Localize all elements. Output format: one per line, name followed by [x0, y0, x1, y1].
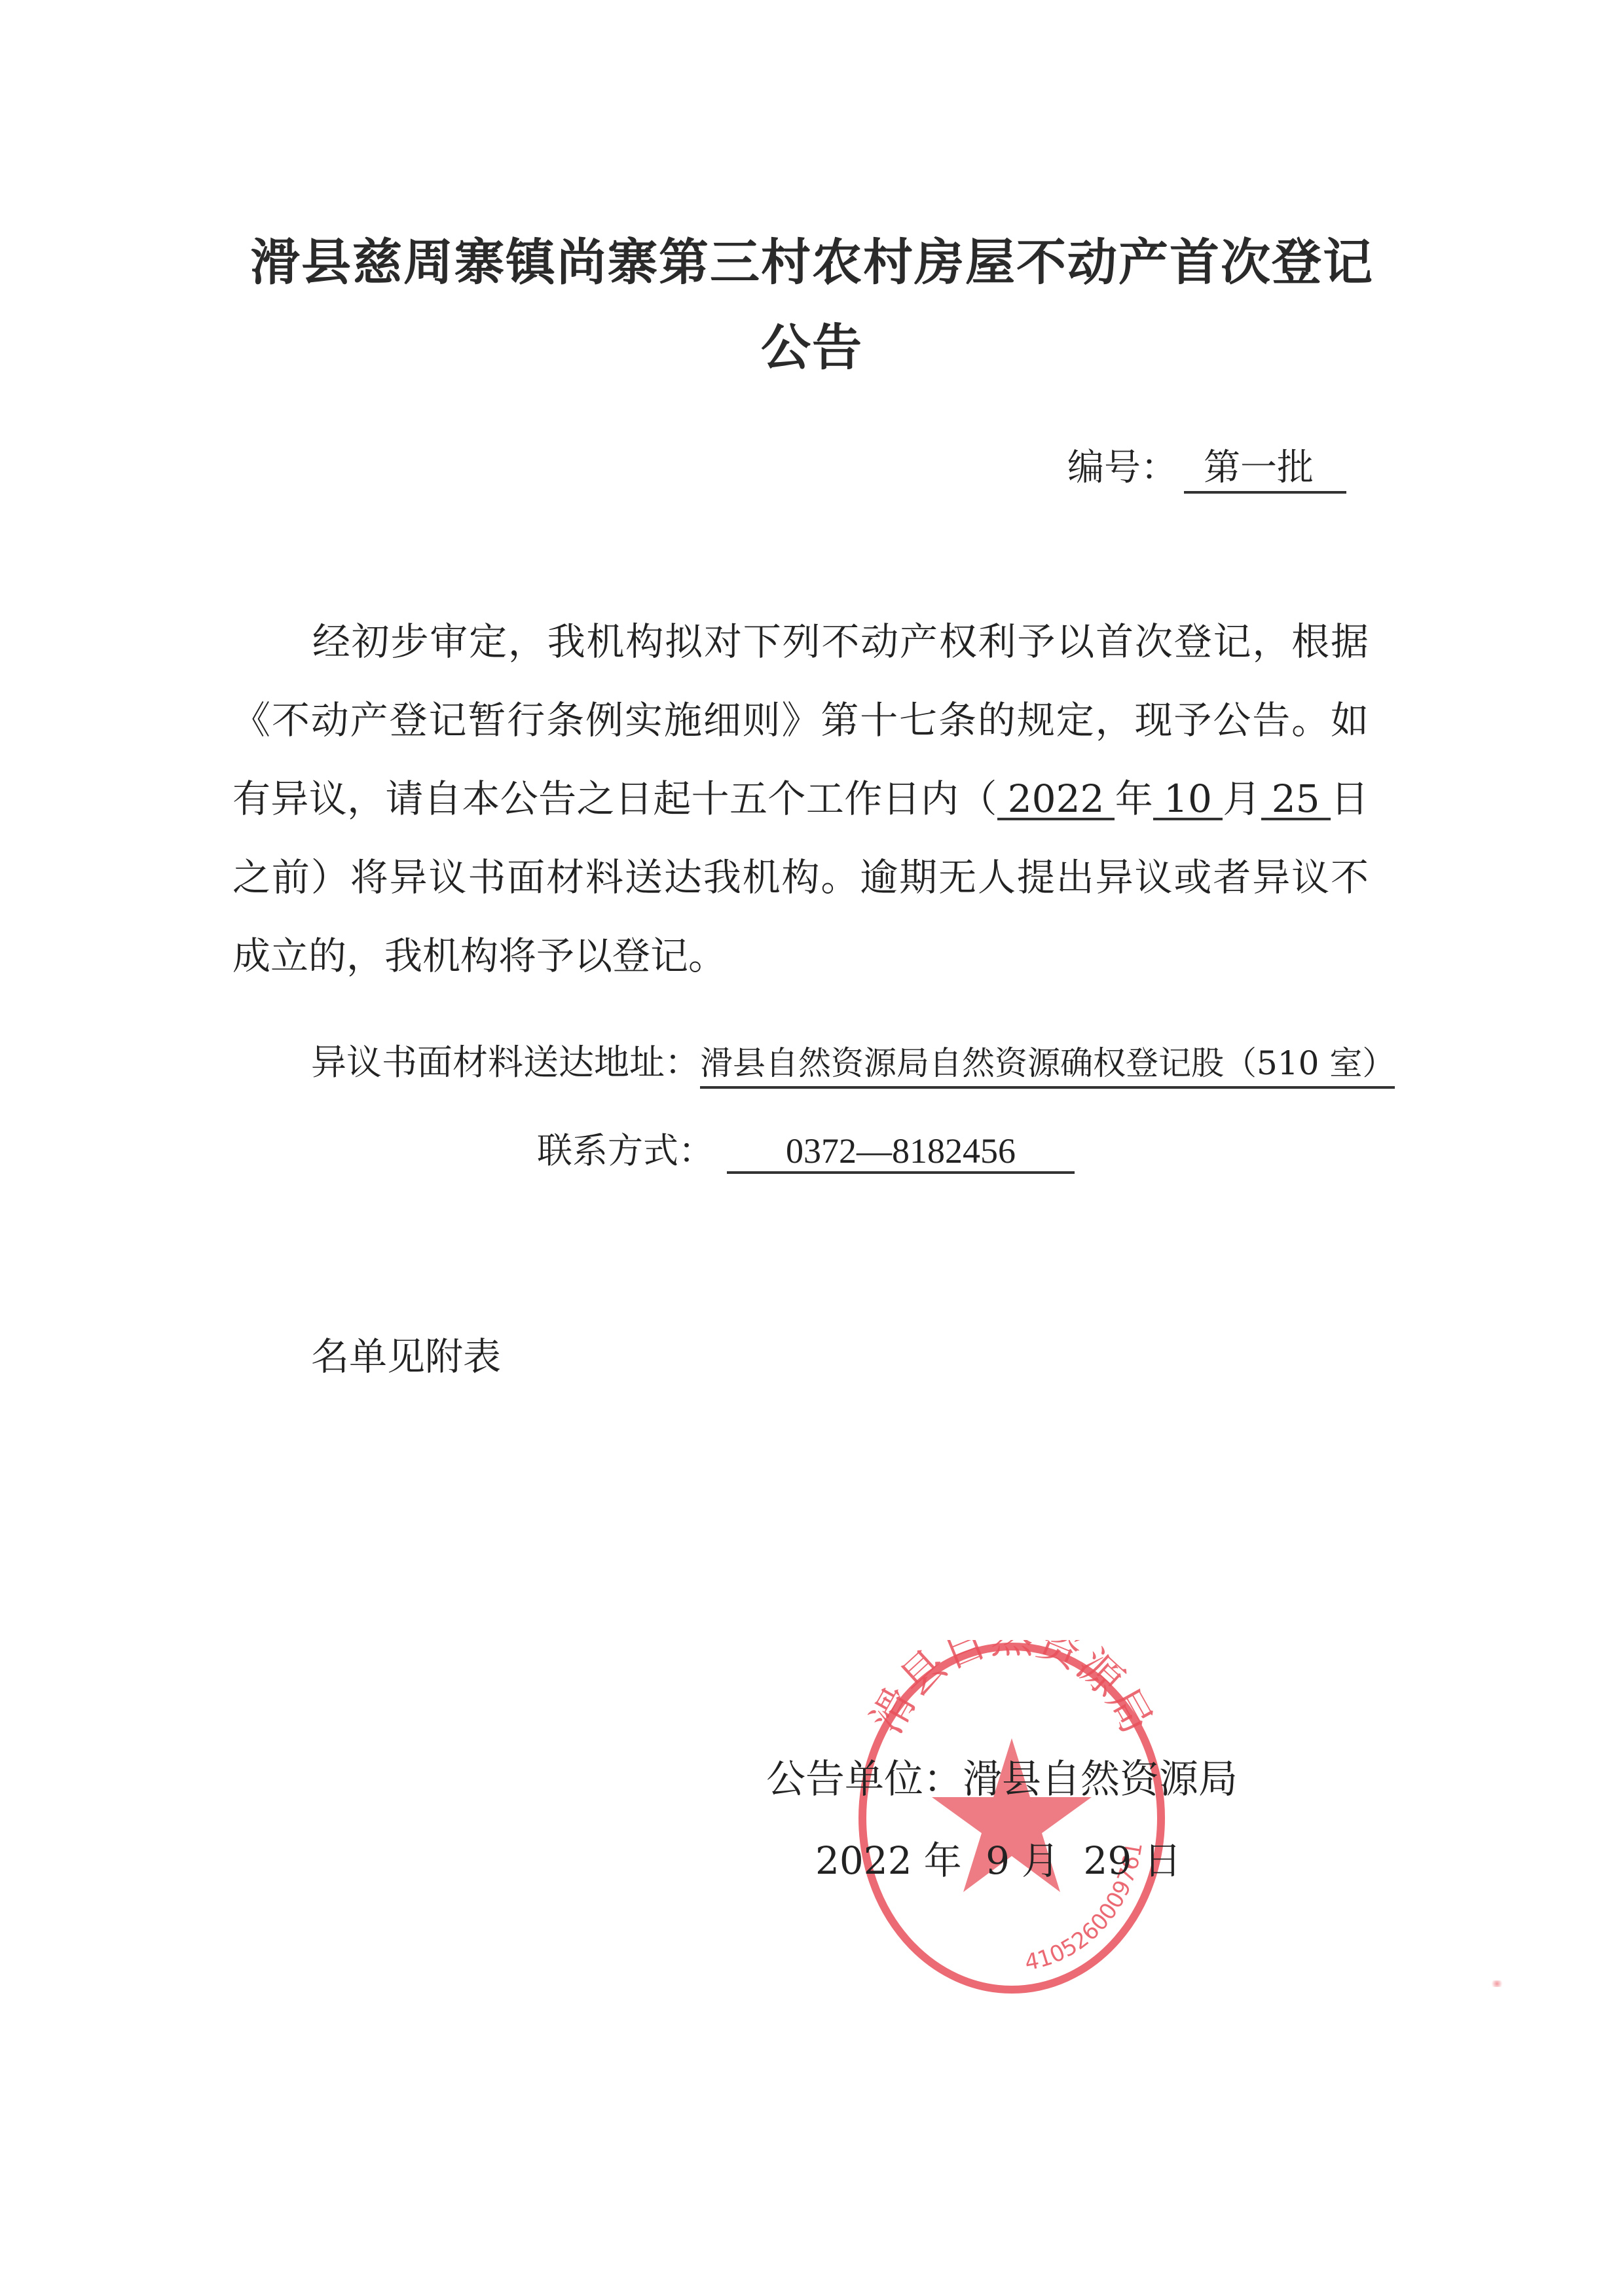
document-subtitle: 公告: [0, 308, 1624, 379]
issuer-value: 滑县自然资源局: [963, 1757, 1238, 1802]
ink-speck: [1490, 1980, 1504, 1987]
deadline-month: 10: [1153, 780, 1223, 820]
serial-label: 编号：: [1067, 446, 1177, 489]
official-seal-icon: 滑县自然资源局 4105260009761: [855, 1640, 1169, 1997]
address-value: 滑县自然资源局自然资源确权登记股（510 室）: [700, 1044, 1395, 1089]
contact-info: 联系方式：0372—8182456: [537, 1123, 1075, 1174]
contact-value: 0372—8182456: [727, 1131, 1075, 1174]
address-label: 异议书面材料送达地址：: [311, 1042, 700, 1083]
attachment-note: 名单见附表: [311, 1326, 501, 1381]
issue-date: 2022年 9月 29日: [815, 1830, 1193, 1885]
notice-body: 经初步审定，我机构拟对下列不动产权利予以首次登记，根据《不动产登记暂行条例实施细…: [232, 602, 1369, 995]
serial-number: 编号：第一批: [1067, 439, 1346, 494]
document-title: 滑县慈周寨镇尚寨第三村农村房屋不动产首次登记: [0, 223, 1624, 294]
issuer-label: 公告单位：: [766, 1757, 963, 1802]
deadline-year: 2022: [997, 780, 1115, 820]
objection-address: 异议书面材料送达地址：滑县自然资源局自然资源确权登记股（510 室）: [311, 1034, 1395, 1085]
body-text-2: 将异议书面材料送达我机构。逾期无人提出异议或者异议不成立的，我机构将予以登记。: [232, 855, 1369, 978]
deadline-day: 25: [1261, 780, 1331, 820]
issuer: 公告单位：滑县自然资源局: [766, 1748, 1238, 1804]
contact-label: 联系方式：: [537, 1130, 714, 1171]
serial-value: 第一批: [1184, 439, 1346, 494]
